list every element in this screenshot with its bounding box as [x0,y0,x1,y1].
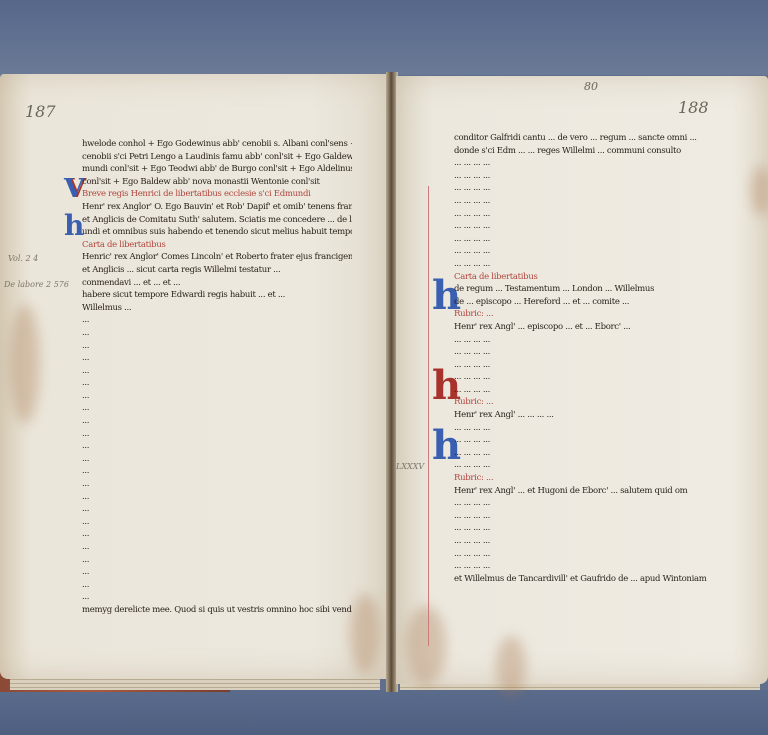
text-line: ... [82,314,352,327]
text-line: cenobii s'ci Petri Lengo a Laudinis famu… [82,151,352,164]
text-line: habere sicut tempore Edwardi regis habui… [82,289,352,302]
text-line: ... [82,503,352,516]
text-line: ... ... ... ... [454,334,732,347]
text-line: et Anglicis ... sicut carta regis Willel… [82,264,352,277]
text-line: ... ... ... ... [454,522,732,535]
folio-number: 187 [25,102,56,121]
text-line: Henr' rex Angl' ... episcopo ... et ... … [454,321,732,334]
left-page: 187 Vol. 2 4 De labore 2 576 V h hwelode… [0,74,388,679]
decorative-flourish [428,186,429,646]
text-line: ... ... ... ... [454,359,732,372]
margin-note: LXXXV [396,462,424,471]
text-line: ... [82,579,352,592]
text-line: ... ... ... ... [454,535,732,548]
text-line: et Willelmus de Tancardivill' et Gaufrid… [454,573,732,586]
margin-note: Vol. 2 4 [8,254,38,263]
text-line: ... ... ... ... [454,258,732,271]
text-line: conditor Galfridi cantu ... de vero ... … [454,132,732,145]
text-line: ... ... ... ... [454,346,732,359]
stain [496,636,526,696]
left-text-block: hwelode conhol + Ego Godewinus abb' ceno… [82,138,352,617]
text-line: de ... episcopo ... Hereford ... et ... … [454,296,732,309]
top-note: 80 [584,80,598,93]
text-line: memyg derelicte mee. Quod si quis ut ves… [82,604,352,617]
text-line: ... [82,554,352,567]
text-line: ... [82,327,352,340]
text-line: et Anglicis de Comitatu Suth' salutem. S… [82,214,352,227]
rubric-line: Carta de libertatibus [82,239,352,252]
text-line: ... ... ... ... [454,371,732,384]
text-line: ... ... ... ... [454,459,732,472]
right-page: 80 188 LXXXV h h h conditor Galfridi can… [396,76,768,684]
rubric-line: Rubric: ... [454,472,732,485]
text-line: ... [82,591,352,604]
right-text-block: conditor Galfridi cantu ... de vero ... … [454,132,732,585]
text-line: conmendavi ... et ... et ... [82,277,352,290]
rubric-line: Breve regis Henrici de libertatibus eccl… [82,188,352,201]
text-line: ... [82,541,352,554]
text-line: ... ... ... ... [454,447,732,460]
stain [406,606,446,686]
text-line: ... [82,440,352,453]
text-line: Henric' rex Anglor' Comes Lincoln' et Ro… [82,251,352,264]
display-background-bottom [0,690,768,735]
text-line: ... ... ... ... [454,170,732,183]
text-line: ... ... ... ... [454,384,732,397]
text-line: ... [82,377,352,390]
text-line: Henr' rex Angl' ... et Hugoni de Eborc' … [454,485,732,498]
stain [751,166,768,216]
text-line: ... ... ... ... [454,548,732,561]
text-line: ... ... ... ... [454,220,732,233]
margin-note: De labore 2 576 [4,280,69,289]
text-line: ... [82,365,352,378]
text-line: ... ... ... ... [454,434,732,447]
text-line: ... ... ... ... [454,422,732,435]
rubric-line: Carta de libertatibus [454,271,732,284]
text-line: ... [82,428,352,441]
text-line: ... ... ... ... [454,233,732,246]
rubric-line: Rubric: ... [454,308,732,321]
rubric-line: Rubric: ... [454,396,732,409]
text-line: ... [82,390,352,403]
text-line: de regum ... Testamentum ... London ... … [454,283,732,296]
text-line: mundi conl'sit + Ego Teodwi abb' de Burg… [82,163,352,176]
text-line: Willelmus ... [82,302,352,315]
stain [10,304,40,424]
text-line: ... [82,415,352,428]
text-line: ... [82,566,352,579]
text-line: ... [82,478,352,491]
text-line: ... [82,465,352,478]
text-line: ... ... ... ... [454,245,732,258]
text-line: donde s'ci Edm ... ... reges Willelmi ..… [454,145,732,158]
text-line: ... [82,491,352,504]
text-line: ... ... ... ... [454,510,732,523]
text-line: Henr' rex Angl' ... ... ... ... [454,409,732,422]
text-line: ... ... ... ... [454,157,732,170]
text-line: ... [82,528,352,541]
text-line: ... [82,340,352,353]
folio-number: 188 [678,98,709,117]
text-line: ... ... ... ... [454,560,732,573]
text-line: ... ... ... ... [454,195,732,208]
text-line: ... ... ... ... [454,497,732,510]
text-line: conl'sit + Ego Baldew abb' nova monastii… [82,176,352,189]
text-line: ... ... ... ... [454,182,732,195]
display-background-top [0,0,768,75]
text-line: hwelode conhol + Ego Godewinus abb' ceno… [82,138,352,151]
text-line: ... ... ... ... [454,208,732,221]
text-line: undi et omnibus suis habendo et tenendo … [82,226,352,239]
text-line: ... [82,453,352,466]
stain [350,594,380,674]
text-line: Henr' rex Anglor' O. Ego Bauvin' et Rob'… [82,201,352,214]
text-line: ... [82,352,352,365]
text-line: ... [82,516,352,529]
text-line: ... [82,402,352,415]
